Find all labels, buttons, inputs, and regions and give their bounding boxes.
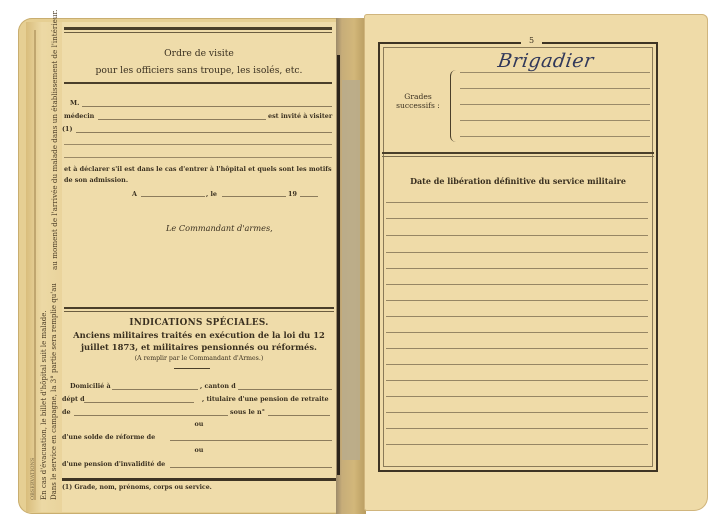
field-canton-line <box>238 389 332 390</box>
footnote: (1) Grade, nom, prénoms, corps ou servic… <box>62 484 212 491</box>
section-rule <box>64 82 332 84</box>
bottom-rule <box>62 478 336 481</box>
margin-text-line1: au moment de l'arrivée du malade dans un… <box>50 10 59 270</box>
grades-label-line1: Grades <box>388 92 448 101</box>
margin-text-observations: OBSERVATIONS <box>30 458 36 500</box>
grade-line <box>460 88 650 89</box>
special-indications-note: (A remplir par le Commandant d'Armes.) <box>62 355 336 362</box>
handwritten-grade: Brigadier <box>496 50 595 72</box>
ruled-line <box>386 428 648 429</box>
divider <box>64 144 332 145</box>
date-year-label: 19 <box>288 190 297 198</box>
visit-order-subtitle: pour les officiers sans troupe, les isol… <box>62 65 336 76</box>
field-canton-label: , canton d <box>200 382 236 390</box>
field-de-line <box>74 415 228 416</box>
date-day-line <box>222 196 286 197</box>
or-label-1: ou <box>62 420 336 428</box>
field-de-label: de <box>62 408 71 416</box>
liberation-date-label: Date de libération définitive du service… <box>380 176 656 186</box>
margin-strip-line <box>34 30 36 500</box>
grade-line <box>460 120 650 121</box>
date-year-line <box>300 196 318 197</box>
ruled-line <box>386 284 648 285</box>
ruled-line <box>386 348 648 349</box>
ruled-line <box>386 202 648 203</box>
right-page: 5 Grades successifs : Brigadier Date de … <box>364 14 708 511</box>
margin-text-line2: En cas d'évacuation, le billet d'hôpital… <box>40 310 48 500</box>
special-indications-subtitle-1: Anciens militaires traités en exécution … <box>62 330 336 340</box>
special-section-rule-thin <box>64 311 334 312</box>
ruled-line <box>386 396 648 397</box>
field-sous-le-no-label: sous le n° <box>230 408 265 416</box>
or-label-2: ou <box>62 446 336 454</box>
spine-gutter-shadow <box>337 55 340 475</box>
field-medecin-label: médecin <box>64 112 94 120</box>
field-invalidite-label: d'une pension d'invalidité de <box>62 460 165 468</box>
commandant-signature-label: Le Commandant d'armes, <box>166 223 273 233</box>
short-divider <box>174 368 210 369</box>
grade-line <box>460 136 650 137</box>
ruled-line <box>386 380 648 381</box>
date-place-line <box>141 196 205 197</box>
field-dept-label: dépt d <box>62 395 85 403</box>
field-domicile-line <box>112 389 198 390</box>
top-rule-thin <box>64 32 332 33</box>
date-a-label: A <box>132 190 137 198</box>
field-m-label: M. <box>70 99 79 107</box>
field-invalidite-line <box>170 467 332 468</box>
ruled-line <box>386 412 648 413</box>
section-separator <box>382 152 654 154</box>
field-titulaire-label: , titulaire d'une pension de retraite <box>202 395 329 403</box>
page-frame-inner <box>383 47 653 467</box>
ruled-line <box>386 218 648 219</box>
ruled-line <box>386 444 648 445</box>
field-note-label: (1) <box>62 125 73 133</box>
grade-line <box>460 72 650 73</box>
ruled-line <box>386 300 648 301</box>
visit-order-title: Ordre de visite <box>62 48 336 59</box>
field-medecin-line <box>98 119 266 120</box>
spine-repair-tape <box>342 80 360 460</box>
special-section-rule <box>64 307 334 309</box>
field-m-line <box>82 106 332 107</box>
special-indications-subtitle-2: juillet 1873, et militaires pensionnés o… <box>62 342 336 352</box>
field-dept-line <box>84 402 194 403</box>
ruled-line <box>386 332 648 333</box>
field-domicile-label: Domicilié à <box>70 382 111 390</box>
ruled-line <box>386 235 648 236</box>
page-frame: 5 Grades successifs : Brigadier Date de … <box>378 42 658 472</box>
field-note-line <box>76 132 332 133</box>
divider <box>64 157 332 158</box>
ruled-line <box>386 364 648 365</box>
ruled-line <box>386 252 648 253</box>
special-indications-title: INDICATIONS SPÉCIALES. <box>62 318 336 328</box>
open-booklet: au moment de l'arrivée du malade dans un… <box>0 0 720 523</box>
instructions-line1: et à déclarer s'il est dans le cas d'ent… <box>64 165 332 173</box>
margin-text-line3: Dans le service en campagne, la 3° parti… <box>50 283 58 500</box>
top-rule <box>64 27 332 30</box>
instructions-line2: de son admission. <box>64 176 128 184</box>
field-number-line <box>268 415 330 416</box>
page-number: 5 <box>521 36 542 45</box>
field-invite-label: est invité à visiter <box>268 112 332 120</box>
grades-label: Grades successifs : <box>388 92 448 110</box>
ruled-line <box>386 316 648 317</box>
field-solde-line <box>170 440 332 441</box>
brace-bracket <box>450 70 457 142</box>
section-separator-thin <box>382 156 654 157</box>
date-le-label: , le <box>206 190 217 198</box>
field-solde-label: d'une solde de réforme de <box>62 433 155 441</box>
grades-label-line2: successifs : <box>388 101 448 110</box>
grade-line <box>460 104 650 105</box>
left-page: Ordre de visite pour les officiers sans … <box>62 22 337 512</box>
ruled-line <box>386 268 648 269</box>
